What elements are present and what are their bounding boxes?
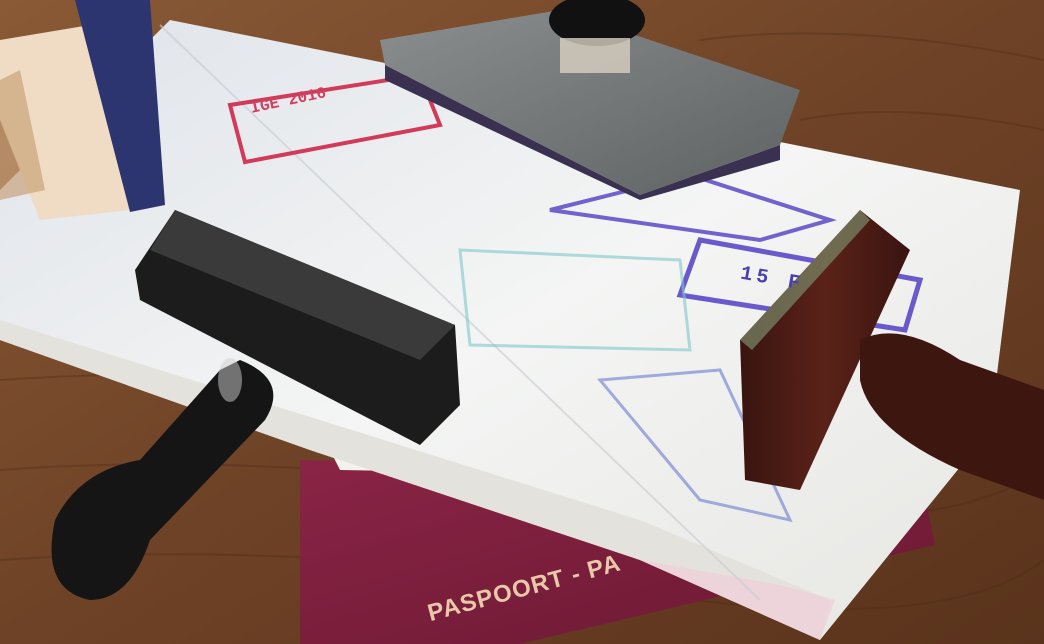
photo-illustration bbox=[0, 0, 1044, 644]
photo-scene: IGE 2016 15 F PASPOORT - PA bbox=[0, 0, 1044, 644]
